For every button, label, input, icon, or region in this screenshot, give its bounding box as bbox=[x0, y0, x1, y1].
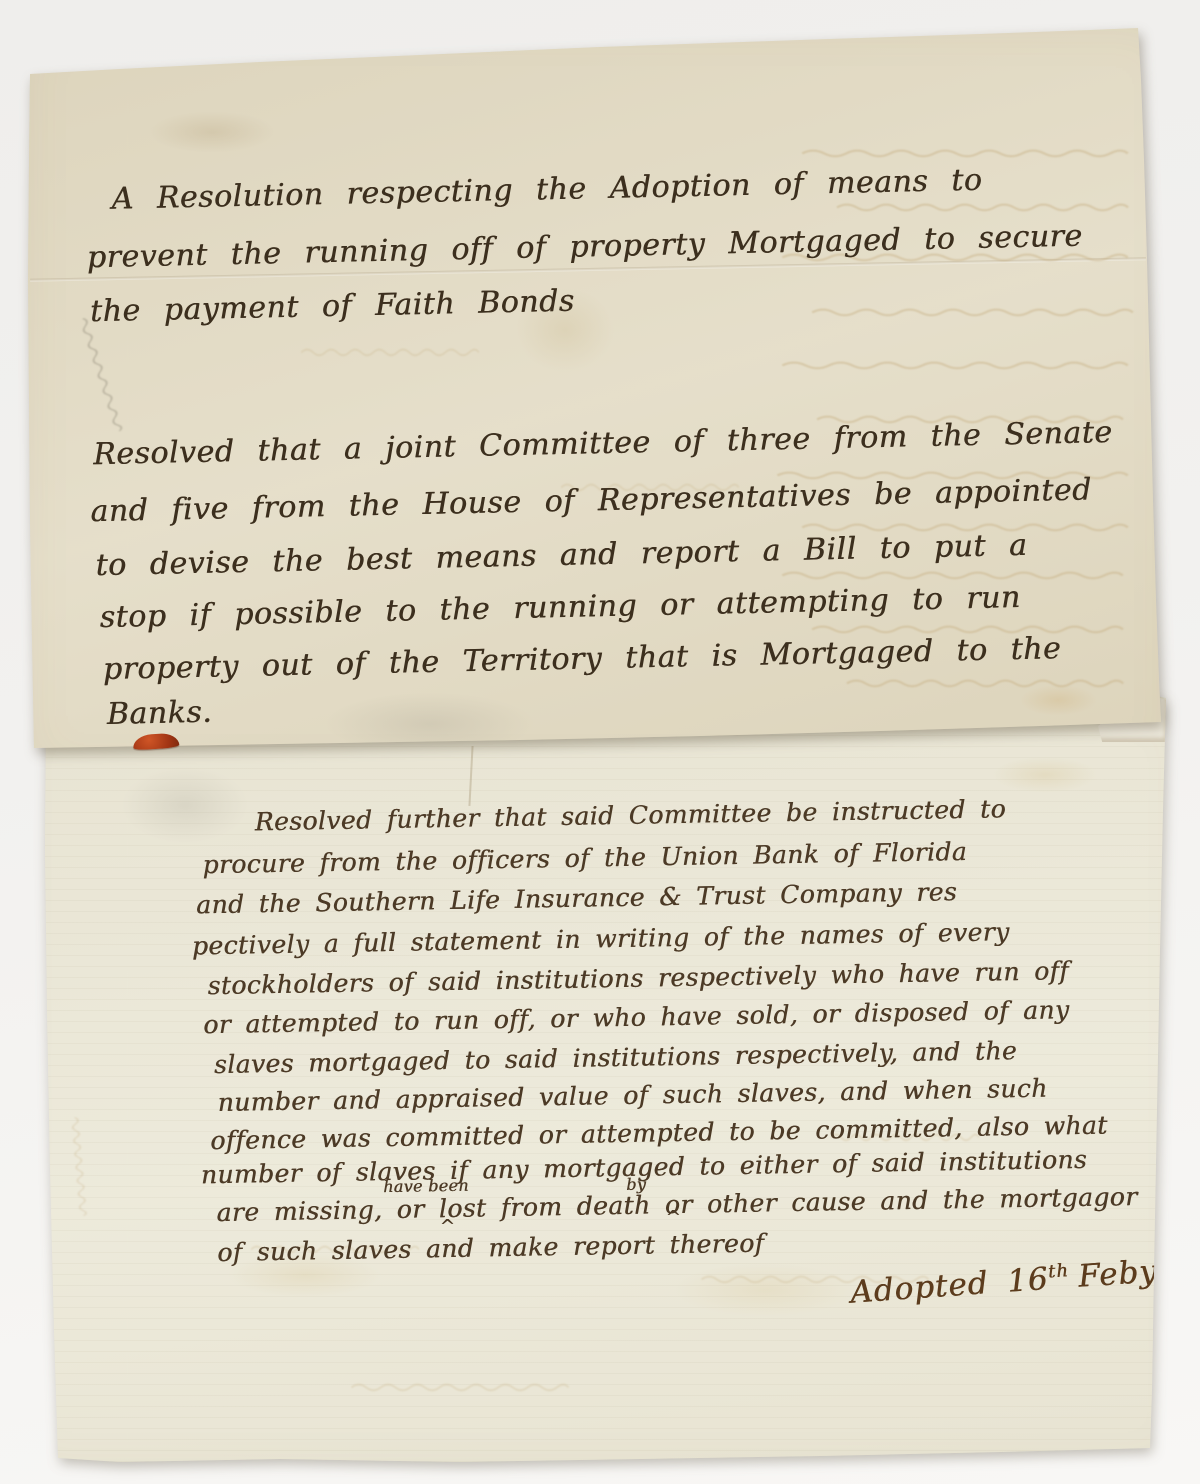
body-line: pectively a full statement in writing of… bbox=[192, 919, 1010, 958]
body-line: Banks. bbox=[106, 698, 212, 730]
body-line: stockholders of said institutions respec… bbox=[207, 958, 1069, 998]
adoption-ordinal: th bbox=[1047, 1260, 1069, 1282]
body-line: Resolved that a joint Committee of three… bbox=[93, 418, 1113, 470]
heading-line: the payment of Faith Bonds bbox=[90, 287, 575, 328]
body-line: and the Southern Life Insurance & Trust … bbox=[196, 879, 957, 917]
amended-part-b: lost from bbox=[439, 1192, 563, 1223]
amended-part-a: are missing, or bbox=[216, 1194, 424, 1227]
body-line: to devise the best means and report a Bi… bbox=[95, 531, 1027, 581]
interlinear-insertion: have been bbox=[383, 1176, 469, 1196]
body-line: Resolved further that said Committee be … bbox=[255, 796, 1007, 834]
body-line: and five from the House of Representativ… bbox=[90, 475, 1092, 527]
sheet-top-paper: A Resolution respecting the Adoption of … bbox=[0, 0, 1200, 800]
amended-part-c: death or other cause and the mortgagor bbox=[576, 1182, 1137, 1221]
body-line: slaves mortgaged to said institutions re… bbox=[214, 1038, 1018, 1077]
sheet-bottom-paper: Resolved further that said Committee be … bbox=[0, 690, 1200, 1484]
sheet-top: A Resolution respecting the Adoption of … bbox=[0, 0, 1200, 800]
caret-mark: ^ bbox=[666, 1207, 681, 1228]
adoption-rest: Feby 1843 bbox=[1077, 1246, 1200, 1295]
sheet-bottom: Resolved further that said Committee be … bbox=[0, 690, 1200, 1484]
body-line: procure from the officers of the Union B… bbox=[202, 839, 967, 877]
body-line: number and appraised value of such slave… bbox=[217, 1076, 1047, 1115]
body-line: property out of the Territory that is Mo… bbox=[102, 634, 1061, 685]
adoption-date: Adopted 16thFeby 1843 bbox=[849, 1246, 1200, 1310]
heading-line: A Resolution respecting the Adoption of … bbox=[111, 166, 982, 215]
body-line: or attempted to run off, or who have sol… bbox=[203, 997, 1070, 1037]
closing-line: of such slaves and make report thereof bbox=[217, 1231, 764, 1266]
sheet-top-text: A Resolution respecting the Adoption of … bbox=[0, 0, 1200, 802]
interlinear-insertion: by bbox=[626, 1175, 646, 1194]
heading-line: prevent the running off of property Mort… bbox=[87, 222, 1083, 274]
adoption-prefix: Adopted 16 bbox=[849, 1261, 1050, 1311]
body-line: stop if possible to the running or attem… bbox=[99, 583, 1021, 633]
